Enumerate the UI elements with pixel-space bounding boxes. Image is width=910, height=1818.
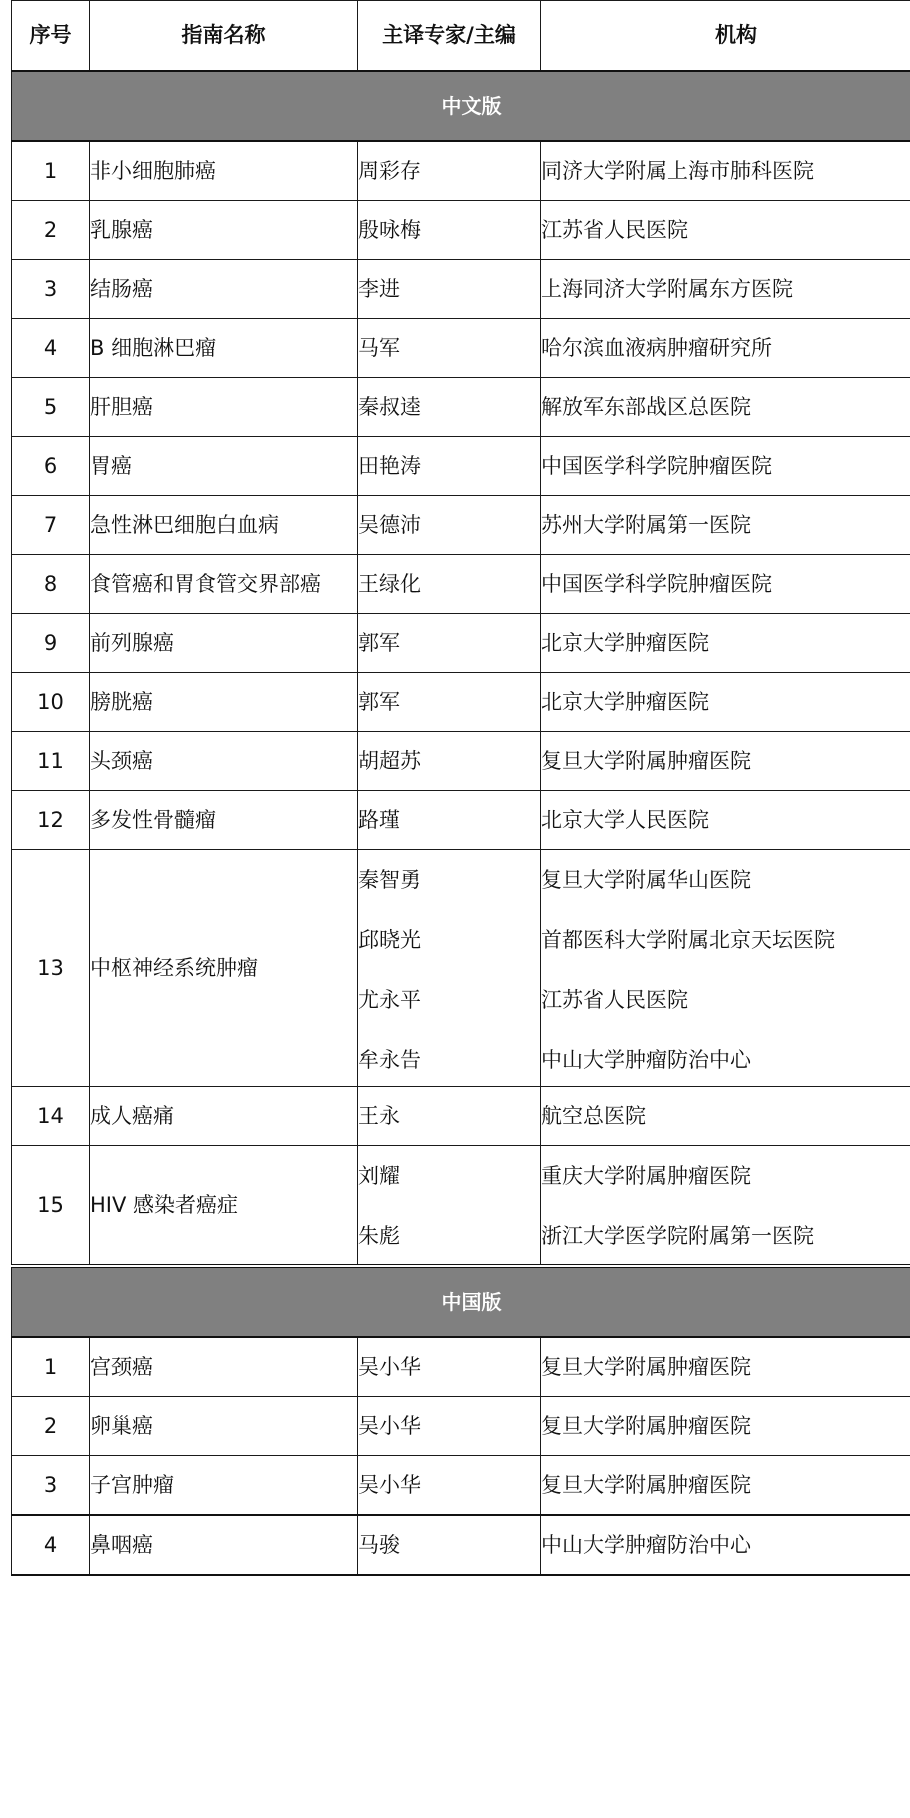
- expert-name: 吴德沛: [358, 496, 541, 555]
- guide-name: 肝胆癌: [90, 378, 358, 437]
- table-row: 8 食管癌和胃食管交界部癌 王绿化 中国医学科学院肿瘤医院: [12, 555, 910, 614]
- header-institution: 机构: [541, 1, 910, 72]
- institution: 首都医科大学附属北京天坛医院: [541, 910, 910, 970]
- expert-list: 刘耀 朱彪: [358, 1146, 541, 1267]
- institution: 复旦大学附属肿瘤医院: [541, 1337, 910, 1397]
- expert-name: 秦智勇: [358, 850, 540, 910]
- expert-name: 周彩存: [358, 141, 541, 201]
- expert-name: 吴小华: [358, 1337, 541, 1397]
- institution: 哈尔滨血液病肿瘤研究所: [541, 319, 910, 378]
- guide-name: 乳腺癌: [90, 201, 358, 260]
- header-guide-name: 指南名称: [90, 1, 358, 72]
- table-row: 4 B 细胞淋巴瘤 马军 哈尔滨血液病肿瘤研究所: [12, 319, 910, 378]
- expert-name: 马骏: [358, 1515, 541, 1575]
- header-no: 序号: [12, 1, 90, 72]
- institution: 江苏省人民医院: [541, 201, 910, 260]
- institution: 中国医学科学院肿瘤医院: [541, 555, 910, 614]
- row-number: 10: [12, 673, 90, 732]
- row-number: 2: [12, 1397, 90, 1456]
- guide-name: 食管癌和胃食管交界部癌: [90, 555, 358, 614]
- row-number: 8: [12, 555, 90, 614]
- row-number: 2: [12, 201, 90, 260]
- expert-name: 路瑾: [358, 791, 541, 850]
- expert-name: 郭军: [358, 614, 541, 673]
- table-row: 12 多发性骨髓瘤 路瑾 北京大学人民医院: [12, 791, 910, 850]
- row-number: 3: [12, 260, 90, 319]
- row-number: 7: [12, 496, 90, 555]
- table-row: 3 结肠癌 李进 上海同济大学附属东方医院: [12, 260, 910, 319]
- guide-name: HIV 感染者癌症: [90, 1146, 358, 1267]
- institution: 北京大学肿瘤医院: [541, 673, 910, 732]
- guide-name: 急性淋巴细胞白血病: [90, 496, 358, 555]
- row-number: 13: [12, 850, 90, 1087]
- table-row: 2 乳腺癌 殷咏梅 江苏省人民医院: [12, 201, 910, 260]
- institution: 复旦大学附属肿瘤医院: [541, 732, 910, 791]
- row-number: 4: [12, 319, 90, 378]
- row-number: 11: [12, 732, 90, 791]
- guide-name: 鼻咽癌: [90, 1515, 358, 1575]
- expert-name: 牟永告: [358, 1030, 540, 1087]
- row-number: 1: [12, 141, 90, 201]
- table-row: 14 成人癌痛 王永 航空总医院: [12, 1087, 910, 1146]
- institution: 中山大学肿瘤防治中心: [541, 1515, 910, 1575]
- guide-name: 宫颈癌: [90, 1337, 358, 1397]
- table-row: 15 HIV 感染者癌症 刘耀 朱彪 重庆大学附属肿瘤医院 浙江大学医学院附属第…: [12, 1146, 910, 1267]
- expert-name: 尤永平: [358, 970, 540, 1030]
- row-number: 6: [12, 437, 90, 496]
- expert-name: 田艳涛: [358, 437, 541, 496]
- institution: 复旦大学附属华山医院: [541, 850, 910, 910]
- expert-name: 马军: [358, 319, 541, 378]
- table-row: 10 膀胱癌 郭军 北京大学肿瘤医院: [12, 673, 910, 732]
- expert-name: 吴小华: [358, 1397, 541, 1456]
- guide-name: B 细胞淋巴瘤: [90, 319, 358, 378]
- guide-name: 膀胱癌: [90, 673, 358, 732]
- institution: 北京大学人民医院: [541, 791, 910, 850]
- expert-list: 秦智勇 邱晓光 尤永平 牟永告: [358, 850, 541, 1087]
- guide-name: 卵巢癌: [90, 1397, 358, 1456]
- institution: 浙江大学医学院附属第一医院: [541, 1206, 910, 1266]
- guide-name: 头颈癌: [90, 732, 358, 791]
- guide-name: 非小细胞肺癌: [90, 141, 358, 201]
- institution: 江苏省人民医院: [541, 970, 910, 1030]
- institution: 航空总医院: [541, 1087, 910, 1146]
- institution: 中国医学科学院肿瘤医院: [541, 437, 910, 496]
- institution-list: 复旦大学附属华山医院 首都医科大学附属北京天坛医院 江苏省人民医院 中山大学肿瘤…: [541, 850, 910, 1087]
- table-row: 13 中枢神经系统肿瘤 秦智勇 邱晓光 尤永平 牟永告 复旦大学附属华山医院 首…: [12, 850, 910, 1087]
- table-row: 7 急性淋巴细胞白血病 吴德沛 苏州大学附属第一医院: [12, 496, 910, 555]
- row-number: 9: [12, 614, 90, 673]
- header-row: 序号 指南名称 主译专家/主编 机构: [12, 1, 910, 72]
- expert-name: 李进: [358, 260, 541, 319]
- table-row: 4 鼻咽癌 马骏 中山大学肿瘤防治中心: [12, 1515, 910, 1575]
- institution: 解放军东部战区总医院: [541, 378, 910, 437]
- institution: 同济大学附属上海市肺科医院: [541, 141, 910, 201]
- expert-name: 刘耀: [358, 1146, 540, 1206]
- guide-name: 前列腺癌: [90, 614, 358, 673]
- expert-name: 王绿化: [358, 555, 541, 614]
- institution: 复旦大学附属肿瘤医院: [541, 1456, 910, 1516]
- guide-name: 多发性骨髓瘤: [90, 791, 358, 850]
- row-number: 15: [12, 1146, 90, 1267]
- table-row: 9 前列腺癌 郭军 北京大学肿瘤医院: [12, 614, 910, 673]
- expert-name: 殷咏梅: [358, 201, 541, 260]
- institution: 中山大学肿瘤防治中心: [541, 1030, 910, 1087]
- table-row: 11 头颈癌 胡超苏 复旦大学附属肿瘤医院: [12, 732, 910, 791]
- row-number: 12: [12, 791, 90, 850]
- row-number: 1: [12, 1337, 90, 1397]
- institution: 上海同济大学附属东方医院: [541, 260, 910, 319]
- guidelines-table: 序号 指南名称 主译专家/主编 机构 中文版 1 非小细胞肺癌 周彩存 同济大学…: [11, 0, 910, 1576]
- guide-name: 结肠癌: [90, 260, 358, 319]
- table-row: 6 胃癌 田艳涛 中国医学科学院肿瘤医院: [12, 437, 910, 496]
- guide-name: 子宫肿瘤: [90, 1456, 358, 1516]
- table-row: 2 卵巢癌 吴小华 复旦大学附属肿瘤医院: [12, 1397, 910, 1456]
- institution: 复旦大学附属肿瘤医院: [541, 1397, 910, 1456]
- table-row: 1 非小细胞肺癌 周彩存 同济大学附属上海市肺科医院: [12, 141, 910, 201]
- guide-name: 中枢神经系统肿瘤: [90, 850, 358, 1087]
- section-header-china-edition: 中国版: [12, 1266, 910, 1337]
- institution-list: 重庆大学附属肿瘤医院 浙江大学医学院附属第一医院: [541, 1146, 910, 1267]
- header-expert: 主译专家/主编: [358, 1, 541, 72]
- section-title: 中国版: [12, 1266, 910, 1337]
- table-row: 1 宫颈癌 吴小华 复旦大学附属肿瘤医院: [12, 1337, 910, 1397]
- section-header-chinese-edition: 中文版: [12, 71, 910, 141]
- row-number: 5: [12, 378, 90, 437]
- institution: 苏州大学附属第一医院: [541, 496, 910, 555]
- expert-name: 郭军: [358, 673, 541, 732]
- institution: 重庆大学附属肿瘤医院: [541, 1146, 910, 1206]
- row-number: 3: [12, 1456, 90, 1516]
- guide-name: 成人癌痛: [90, 1087, 358, 1146]
- row-number: 14: [12, 1087, 90, 1146]
- expert-name: 胡超苏: [358, 732, 541, 791]
- expert-name: 朱彪: [358, 1206, 540, 1266]
- expert-name: 秦叔逵: [358, 378, 541, 437]
- row-number: 4: [12, 1515, 90, 1575]
- section-title: 中文版: [12, 71, 910, 141]
- table-row: 5 肝胆癌 秦叔逵 解放军东部战区总医院: [12, 378, 910, 437]
- guide-name: 胃癌: [90, 437, 358, 496]
- institution: 北京大学肿瘤医院: [541, 614, 910, 673]
- table-row: 3 子宫肿瘤 吴小华 复旦大学附属肿瘤医院: [12, 1456, 910, 1516]
- expert-name: 王永: [358, 1087, 541, 1146]
- expert-name: 吴小华: [358, 1456, 541, 1516]
- expert-name: 邱晓光: [358, 910, 540, 970]
